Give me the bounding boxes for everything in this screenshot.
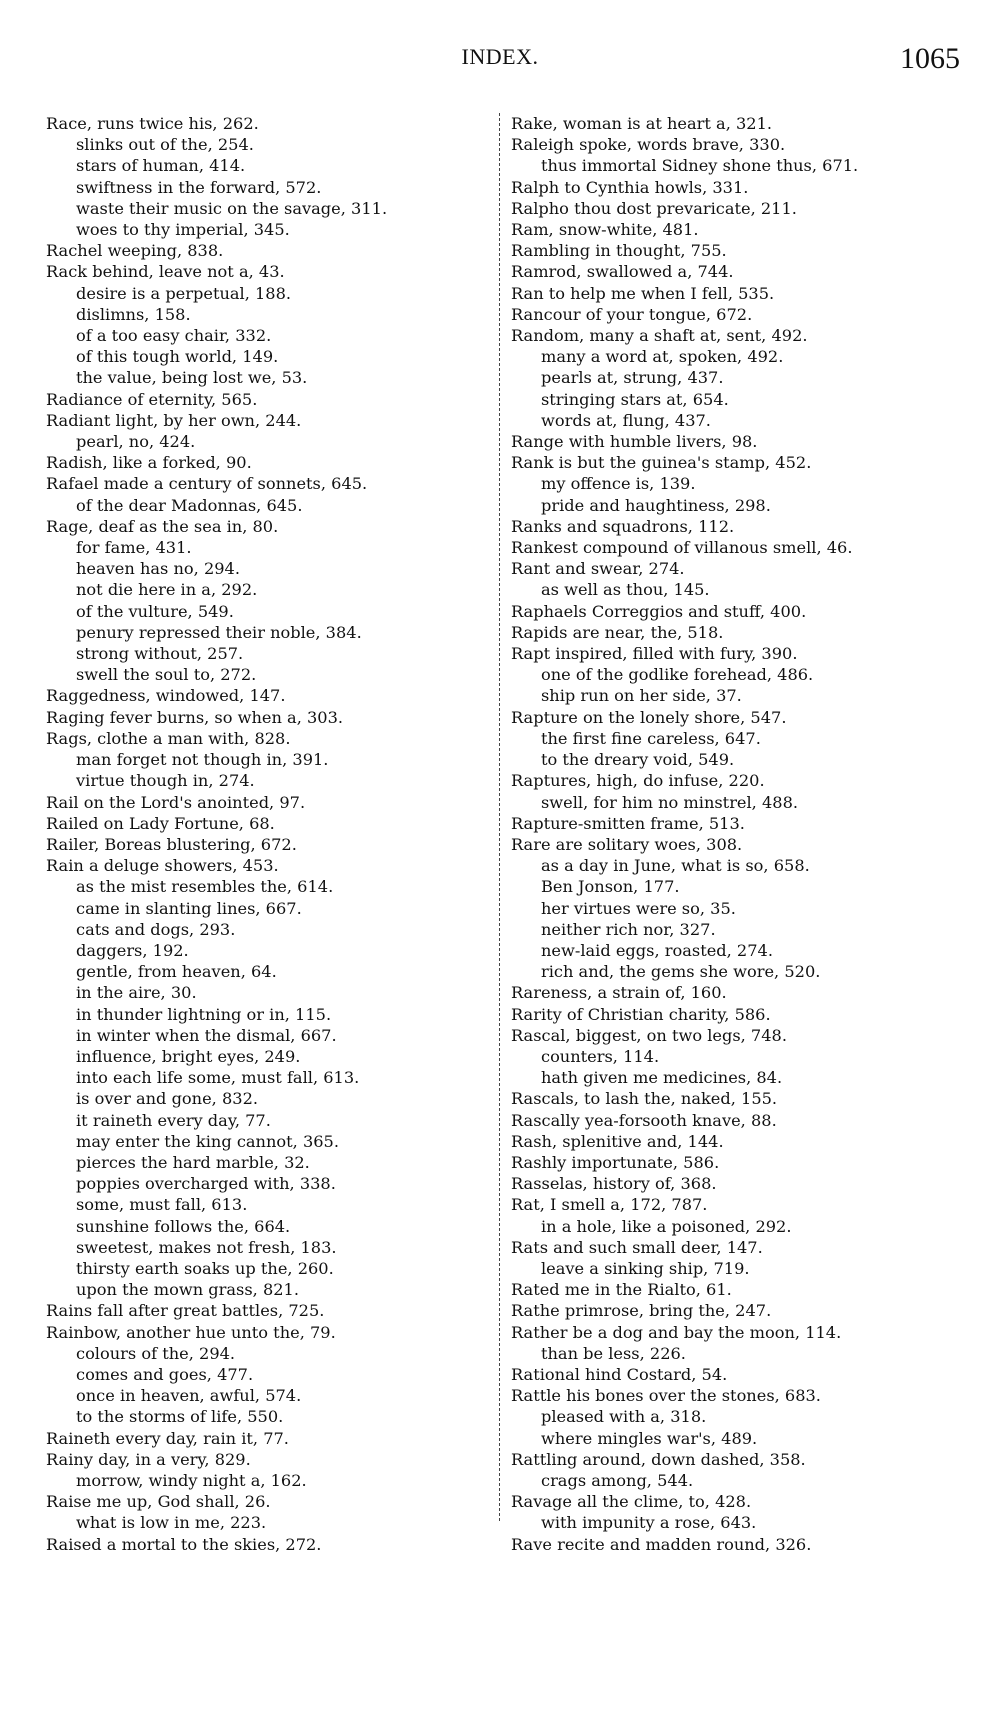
index-entry: Rage, deaf as the sea in, 80. <box>46 516 486 537</box>
index-subentry: into each life some, must fall, 613. <box>46 1067 486 1088</box>
index-entry: Radiant light, by her own, 244. <box>46 410 486 431</box>
index-subentry: cats and dogs, 293. <box>46 919 486 940</box>
index-subentry: with impunity a rose, 643. <box>511 1512 981 1533</box>
index-subentry: virtue though in, 274. <box>46 770 486 791</box>
index-entry: Rain a deluge showers, 453. <box>46 855 486 876</box>
index-subentry: the value, being lost we, 53. <box>46 367 486 388</box>
index-subentry: of this tough world, 149. <box>46 346 486 367</box>
index-entry: Rashly importunate, 586. <box>511 1152 981 1173</box>
page-number: 1065 <box>900 42 960 76</box>
index-subentry: pearls at, strung, 437. <box>511 367 981 388</box>
index-subentry: desire is a perpetual, 188. <box>46 283 486 304</box>
index-subentry: gentle, from heaven, 64. <box>46 961 486 982</box>
index-entry: Rats and such small deer, 147. <box>511 1237 981 1258</box>
index-subentry: pride and haughtiness, 298. <box>511 495 981 516</box>
index-entry: Rapids are near, the, 518. <box>511 622 981 643</box>
index-entry: Raineth every day, rain it, 77. <box>46 1428 486 1449</box>
index-entry: Random, many a shaft at, sent, 492. <box>511 325 981 346</box>
index-entry: Rainbow, another hue unto the, 79. <box>46 1322 486 1343</box>
index-entry: Rave recite and madden round, 326. <box>511 1534 981 1555</box>
index-subentry: daggers, 192. <box>46 940 486 961</box>
index-entry: Raptures, high, do infuse, 220. <box>511 770 981 791</box>
index-entry: Ravage all the clime, to, 428. <box>511 1491 981 1512</box>
index-entry: Ran to help me when I fell, 535. <box>511 283 981 304</box>
index-entry: Rainy day, in a very, 829. <box>46 1449 486 1470</box>
index-entry: Rachel weeping, 838. <box>46 240 486 261</box>
index-entry: Ramrod, swallowed a, 744. <box>511 261 981 282</box>
index-subentry: neither rich nor, 327. <box>511 919 981 940</box>
index-subentry: counters, 114. <box>511 1046 981 1067</box>
index-subentry: one of the godlike forehead, 486. <box>511 664 981 685</box>
index-entry: Rapture-smitten frame, 513. <box>511 813 981 834</box>
index-column-right: Rake, woman is at heart a, 321.Raleigh s… <box>511 113 981 1555</box>
index-entry: Rarity of Christian charity, 586. <box>511 1004 981 1025</box>
index-entry: Rather be a dog and bay the moon, 114. <box>511 1322 981 1343</box>
index-subentry: some, must fall, 613. <box>46 1194 486 1215</box>
index-entry: Raise me up, God shall, 26. <box>46 1491 486 1512</box>
index-subentry: as the mist resembles the, 614. <box>46 876 486 897</box>
index-subentry: hath given me medicines, 84. <box>511 1067 981 1088</box>
index-entry: Rat, I smell a, 172, 787. <box>511 1194 981 1215</box>
index-subentry: came in slanting lines, 667. <box>46 898 486 919</box>
index-subentry: poppies overcharged with, 338. <box>46 1173 486 1194</box>
index-subentry: sweetest, makes not fresh, 183. <box>46 1237 486 1258</box>
index-subentry: morrow, windy night a, 162. <box>46 1470 486 1491</box>
index-subentry: man forget not though in, 391. <box>46 749 486 770</box>
index-subentry: stars of human, 414. <box>46 155 486 176</box>
index-subentry: of a too easy chair, 332. <box>46 325 486 346</box>
index-subentry: sunshine follows the, 664. <box>46 1216 486 1237</box>
index-entry: Rancour of your tongue, 672. <box>511 304 981 325</box>
index-subentry: to the dreary void, 549. <box>511 749 981 770</box>
index-entry: Ralph to Cynthia howls, 331. <box>511 177 981 198</box>
index-entry: Rascally yea-forsooth knave, 88. <box>511 1110 981 1131</box>
index-entry: Rascals, to lash the, naked, 155. <box>511 1088 981 1109</box>
index-entry: Rash, splenitive and, 144. <box>511 1131 981 1152</box>
index-entry: Rapt inspired, filled with fury, 390. <box>511 643 981 664</box>
index-subentry: dislimns, 158. <box>46 304 486 325</box>
index-subentry: upon the mown grass, 821. <box>46 1279 486 1300</box>
index-subentry: Ben Jonson, 177. <box>511 876 981 897</box>
index-subentry: of the vulture, 549. <box>46 601 486 622</box>
index-subentry: woes to thy imperial, 345. <box>46 219 486 240</box>
index-entry: Rated me in the Rialto, 61. <box>511 1279 981 1300</box>
page-title: INDEX. <box>0 44 1000 70</box>
index-subentry: her virtues were so, 35. <box>511 898 981 919</box>
index-entry: Rare are solitary woes, 308. <box>511 834 981 855</box>
index-entry: Raised a mortal to the skies, 272. <box>46 1534 486 1555</box>
index-entry: Raphaels Correggios and stuff, 400. <box>511 601 981 622</box>
index-entry: Rational hind Costard, 54. <box>511 1364 981 1385</box>
index-entry: Railed on Lady Fortune, 68. <box>46 813 486 834</box>
index-subentry: to the storms of life, 550. <box>46 1406 486 1427</box>
index-subentry: pleased with a, 318. <box>511 1406 981 1427</box>
index-subentry: stringing stars at, 654. <box>511 389 981 410</box>
index-subentry: swiftness in the forward, 572. <box>46 177 486 198</box>
index-subentry: pierces the hard marble, 32. <box>46 1152 486 1173</box>
index-subentry: ship run on her side, 37. <box>511 685 981 706</box>
index-subentry: is over and gone, 832. <box>46 1088 486 1109</box>
index-subentry: heaven has no, 294. <box>46 558 486 579</box>
index-subentry: in the aire, 30. <box>46 982 486 1003</box>
index-subentry: influence, bright eyes, 249. <box>46 1046 486 1067</box>
index-subentry: in thunder lightning or in, 115. <box>46 1004 486 1025</box>
index-subentry: where mingles war's, 489. <box>511 1428 981 1449</box>
index-entry: Ralpho thou dost prevaricate, 211. <box>511 198 981 219</box>
index-subentry: of the dear Madonnas, 645. <box>46 495 486 516</box>
index-entry: Rambling in thought, 755. <box>511 240 981 261</box>
index-entry: Railer, Boreas blustering, 672. <box>46 834 486 855</box>
index-entry: Rascal, biggest, on two legs, 748. <box>511 1025 981 1046</box>
index-subentry: new-laid eggs, roasted, 274. <box>511 940 981 961</box>
index-entry: Race, runs twice his, 262. <box>46 113 486 134</box>
index-subentry: penury repressed their noble, 384. <box>46 622 486 643</box>
column-divider <box>499 113 501 1521</box>
index-entry: Rattling around, down dashed, 358. <box>511 1449 981 1470</box>
index-subentry: my offence is, 139. <box>511 473 981 494</box>
index-subentry: not die here in a, 292. <box>46 579 486 600</box>
index-subentry: waste their music on the savage, 311. <box>46 198 486 219</box>
index-entry: Ranks and squadrons, 112. <box>511 516 981 537</box>
index-entry: Rake, woman is at heart a, 321. <box>511 113 981 134</box>
index-subentry: many a word at, spoken, 492. <box>511 346 981 367</box>
index-subentry: the first fine careless, 647. <box>511 728 981 749</box>
index-entry: Radish, like a forked, 90. <box>46 452 486 473</box>
index-entry: Rack behind, leave not a, 43. <box>46 261 486 282</box>
index-subentry: colours of the, 294. <box>46 1343 486 1364</box>
index-entry: Rapture on the lonely shore, 547. <box>511 707 981 728</box>
index-subentry: slinks out of the, 254. <box>46 134 486 155</box>
index-entry: Rags, clothe a man with, 828. <box>46 728 486 749</box>
index-subentry: crags among, 544. <box>511 1470 981 1491</box>
index-entry: Ram, snow-white, 481. <box>511 219 981 240</box>
index-subentry: it raineth every day, 77. <box>46 1110 486 1131</box>
index-subentry: comes and goes, 477. <box>46 1364 486 1385</box>
index-entry: Raging fever burns, so when a, 303. <box>46 707 486 728</box>
index-entry: Rattle his bones over the stones, 683. <box>511 1385 981 1406</box>
index-entry: Rasselas, history of, 368. <box>511 1173 981 1194</box>
index-entry: Rant and swear, 274. <box>511 558 981 579</box>
index-subentry: thus immortal Sidney shone thus, 671. <box>511 155 981 176</box>
index-entry: Rareness, a strain of, 160. <box>511 982 981 1003</box>
index-entry: Rains fall after great battles, 725. <box>46 1300 486 1321</box>
index-column-left: Race, runs twice his, 262.slinks out of … <box>46 113 486 1555</box>
index-subentry: for fame, 431. <box>46 537 486 558</box>
index-subentry: once in heaven, awful, 574. <box>46 1385 486 1406</box>
index-subentry: in winter when the dismal, 667. <box>46 1025 486 1046</box>
index-subentry: thirsty earth soaks up the, 260. <box>46 1258 486 1279</box>
index-subentry: words at, flung, 437. <box>511 410 981 431</box>
index-subentry: as well as thou, 145. <box>511 579 981 600</box>
index-subentry: in a hole, like a poisoned, 292. <box>511 1216 981 1237</box>
index-entry: Raggedness, windowed, 147. <box>46 685 486 706</box>
index-subentry: may enter the king cannot, 365. <box>46 1131 486 1152</box>
index-entry: Rafael made a century of sonnets, 645. <box>46 473 486 494</box>
index-subentry: pearl, no, 424. <box>46 431 486 452</box>
index-entry: Rail on the Lord's anointed, 97. <box>46 792 486 813</box>
index-subentry: leave a sinking ship, 719. <box>511 1258 981 1279</box>
index-subentry: as a day in June, what is so, 658. <box>511 855 981 876</box>
index-entry: Rathe primrose, bring the, 247. <box>511 1300 981 1321</box>
index-subentry: what is low in me, 223. <box>46 1512 486 1533</box>
index-entry: Raleigh spoke, words brave, 330. <box>511 134 981 155</box>
index-entry: Rank is but the guinea's stamp, 452. <box>511 452 981 473</box>
index-subentry: swell the soul to, 272. <box>46 664 486 685</box>
index-entry: Range with humble livers, 98. <box>511 431 981 452</box>
index-entry: Radiance of eternity, 565. <box>46 389 486 410</box>
index-subentry: strong without, 257. <box>46 643 486 664</box>
index-subentry: than be less, 226. <box>511 1343 981 1364</box>
index-entry: Rankest compound of villanous smell, 46. <box>511 537 981 558</box>
index-subentry: swell, for him no minstrel, 488. <box>511 792 981 813</box>
index-subentry: rich and, the gems she wore, 520. <box>511 961 981 982</box>
